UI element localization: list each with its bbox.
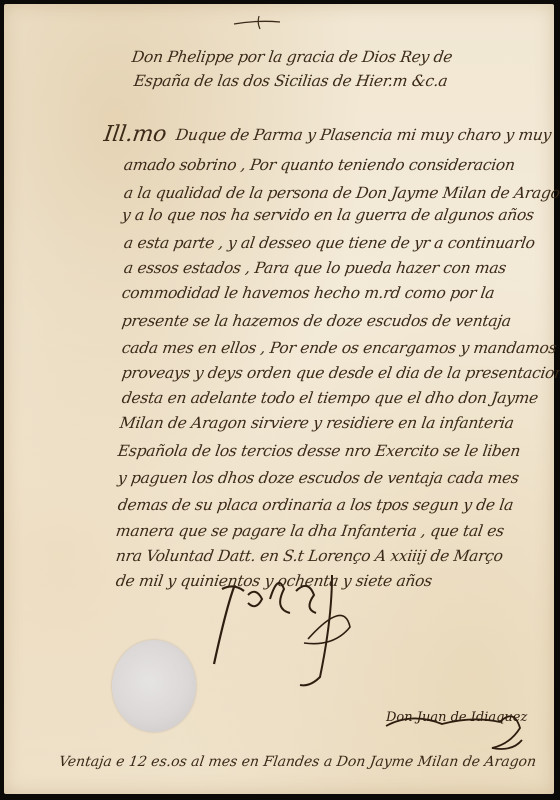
- body-line-6: a essos estados , Para que lo pueda haze…: [123, 259, 508, 277]
- body-line-15: demas de su placa ordinaria a los tpos s…: [117, 496, 515, 514]
- opening-illustrious: Ill.mo: [102, 122, 168, 147]
- body-line-8: presente se la hazemos de doze escudos d…: [121, 312, 512, 330]
- body-line-17: nra Voluntad Datt. en S.t Lorenço A xxii…: [115, 547, 504, 565]
- body-line-10: proveays y deys orden que desde el dia d…: [121, 364, 560, 382]
- body-line-3: a la qualidad de la persona de Don Jayme…: [123, 184, 560, 202]
- body-line-1: Duque de Parma y Plasencia mi muy charo …: [175, 126, 553, 144]
- body-line-4: y a lo que nos ha servido en la guerra d…: [121, 206, 535, 224]
- salutation-line-1: Don Phelippe por la gracia de Dios Rey d…: [131, 48, 454, 66]
- body-line-2: amado sobrino , Por quanto teniendo cons…: [123, 156, 516, 174]
- body-line-16: manera que se pagare la dha Infanteria ,…: [115, 522, 505, 540]
- document-page: Don Phelippe por la gracia de Dios Rey d…: [4, 4, 554, 794]
- embossed-seal: [112, 640, 196, 732]
- body-line-9: cada mes en ellos , Por ende os encargam…: [121, 339, 558, 357]
- secretary-signature: Don Juan de Idiaquez: [386, 710, 527, 725]
- body-line-14: y paguen los dhos doze escudos de ventaj…: [117, 469, 520, 487]
- body-line-13: Española de los tercios desse nro Exerci…: [117, 442, 522, 460]
- salutation-line-2: España de las dos Sicilias de Hier.m &c.…: [133, 72, 449, 90]
- body-line-5: a esta parte , y al desseo que tiene de …: [123, 234, 536, 252]
- royal-signature-flourish-icon: [204, 569, 364, 699]
- endorsement-note: Ventaja e 12 es.os al mes en Flandes a D…: [58, 754, 537, 770]
- cross-mark-icon: [232, 14, 282, 30]
- body-line-7: commodidad le havemos hecho m.rd como po…: [121, 284, 496, 302]
- body-line-12: Milan de Aragon sirviere y residiere en …: [119, 414, 515, 432]
- body-line-11: desta en adelante todo el tiempo que el …: [121, 389, 540, 407]
